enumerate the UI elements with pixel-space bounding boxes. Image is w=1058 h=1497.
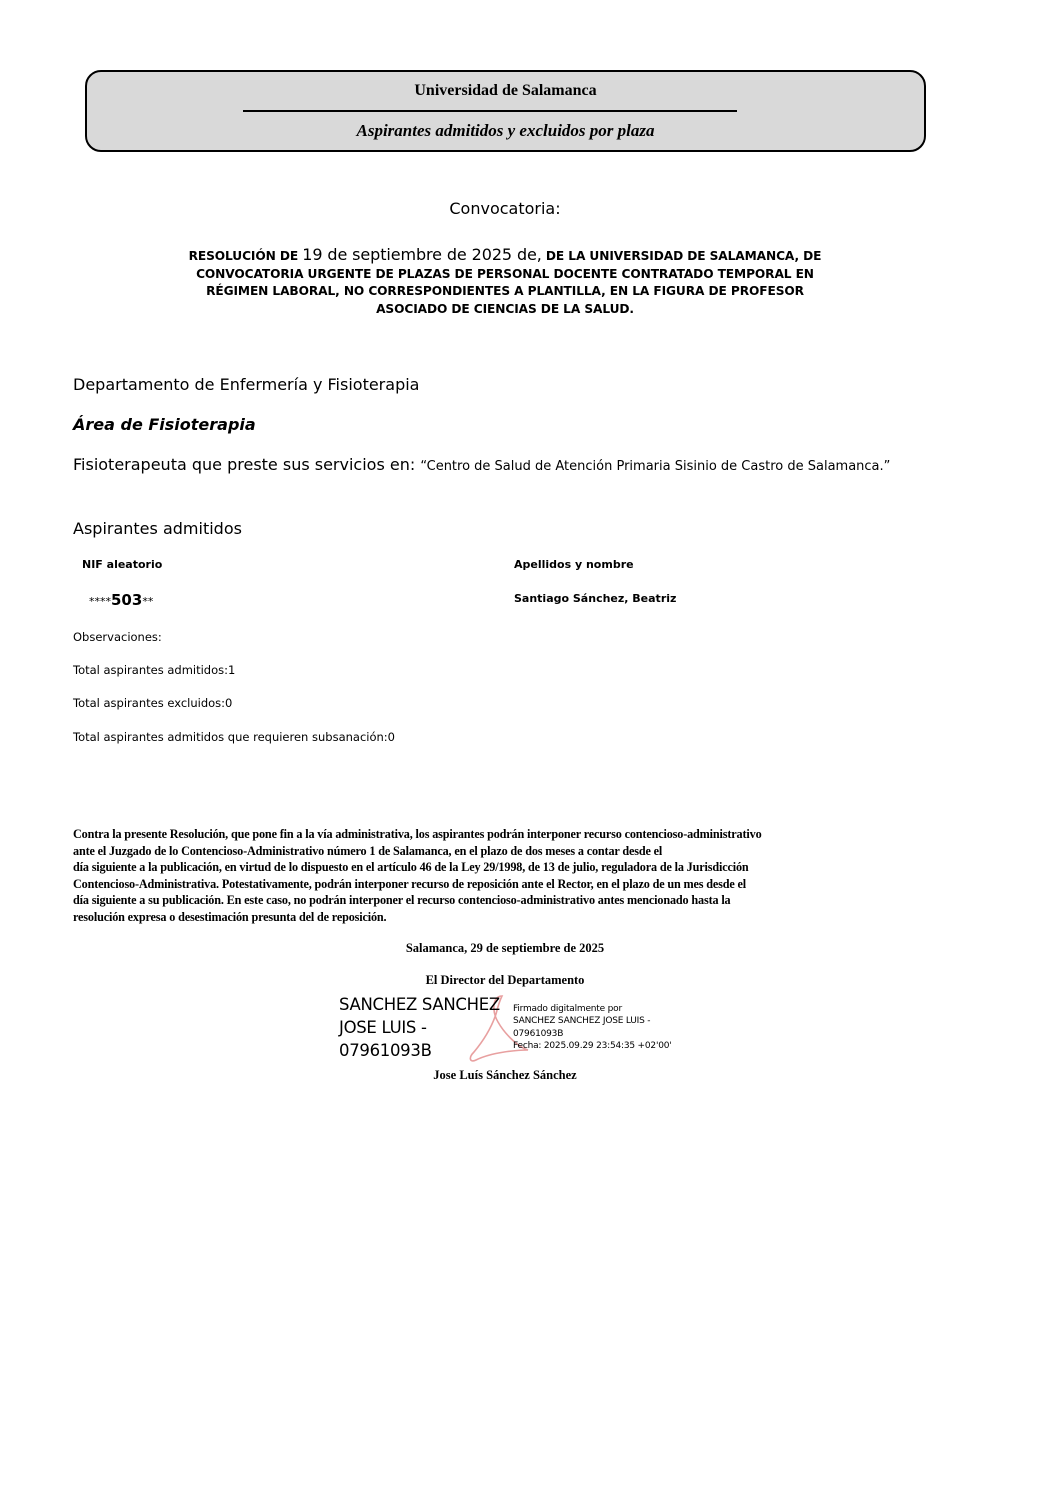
- signature-meta-line: Firmado digitalmente por: [513, 1003, 672, 1015]
- signature-meta-line: SANCHEZ SANCHEZ JOSE LUIS -: [513, 1015, 672, 1027]
- total-excluidos: Total aspirantes excluidos:0: [73, 696, 232, 710]
- legal-line: ante el Juzgado de lo Contencioso-Admini…: [73, 843, 913, 860]
- signer-role: El Director del Departamento: [0, 973, 1010, 988]
- signature-name-line: JOSE LUIS -: [339, 1016, 500, 1039]
- resolution-line1: DE LA UNIVERSIDAD DE SALAMANCA, DE: [542, 249, 822, 263]
- nif-mask-suffix: **: [142, 595, 153, 608]
- signature-name-line: SANCHEZ SANCHEZ: [339, 993, 500, 1016]
- convocatoria-label: Convocatoria:: [0, 199, 1010, 218]
- place-and-date: Salamanca, 29 de septiembre de 2025: [0, 941, 1010, 956]
- signature-name-line: 07961093B: [339, 1039, 500, 1062]
- total-subsanacion: Total aspirantes admitidos que requieren…: [73, 730, 395, 744]
- position-label: Fisioterapeuta que preste sus servicios …: [73, 455, 420, 474]
- document-header: Universidad de Salamanca Aspirantes admi…: [85, 70, 926, 152]
- admitted-section-title: Aspirantes admitidos: [73, 519, 242, 538]
- header-divider: [243, 110, 737, 112]
- nif-digits: 503: [111, 591, 142, 609]
- total-admitidos: Total aspirantes admitidos:1: [73, 663, 235, 677]
- column-header-nif: NIF aleatorio: [82, 558, 162, 571]
- signature-meta-line: Fecha: 2025.09.29 23:54:35 +02'00': [513, 1040, 672, 1052]
- legal-line: resolución expresa o desestimación presu…: [73, 909, 913, 926]
- nif-mask-prefix: ****: [89, 595, 111, 608]
- observaciones-label: Observaciones:: [73, 630, 162, 644]
- department: Departamento de Enfermería y Fisioterapi…: [73, 375, 419, 394]
- resolution-line4: ASOCIADO DE CIENCIAS DE LA SALUD.: [376, 302, 634, 316]
- signer-name: Jose Luís Sánchez Sánchez: [0, 1068, 1010, 1083]
- table-row-nif: ****503**: [89, 591, 153, 609]
- resolution-line3: RÉGIMEN LABORAL, NO CORRESPONDIENTES A P…: [206, 284, 804, 298]
- legal-line: Contencioso-Administrativa. Potestativam…: [73, 876, 913, 893]
- legal-line: día siguiente a la publicación, en virtu…: [73, 859, 913, 876]
- position-description: Fisioterapeuta que preste sus servicios …: [73, 455, 890, 474]
- signature-meta-line: 07961093B: [513, 1028, 672, 1040]
- area: Área de Fisioterapia: [73, 415, 256, 434]
- document-subtitle: Aspirantes admitidos y excluidos por pla…: [87, 121, 924, 141]
- resolution-line2: CONVOCATORIA URGENTE DE PLAZAS DE PERSON…: [196, 267, 814, 281]
- digital-signature-name: SANCHEZ SANCHEZ JOSE LUIS - 07961093B: [339, 993, 500, 1062]
- legal-notice: Contra la presente Resolución, que pone …: [73, 826, 913, 925]
- resolution-date: 19 de septiembre de 2025 de,: [302, 245, 542, 264]
- legal-line: Contra la presente Resolución, que pone …: [73, 826, 913, 843]
- institution-name: Universidad de Salamanca: [87, 82, 924, 100]
- legal-line: día siguiente a su publicación. En este …: [73, 892, 913, 909]
- position-place: “Centro de Salud de Atención Primaria Si…: [420, 459, 890, 474]
- digital-signature-details: Firmado digitalmente por SANCHEZ SANCHEZ…: [513, 1003, 672, 1052]
- resolution-prefix: RESOLUCIÓN DE: [189, 249, 303, 263]
- resolution-title: RESOLUCIÓN DE 19 de septiembre de 2025 d…: [175, 246, 835, 318]
- table-row-name: Santiago Sánchez, Beatriz: [514, 592, 676, 605]
- column-header-name: Apellidos y nombre: [514, 558, 634, 571]
